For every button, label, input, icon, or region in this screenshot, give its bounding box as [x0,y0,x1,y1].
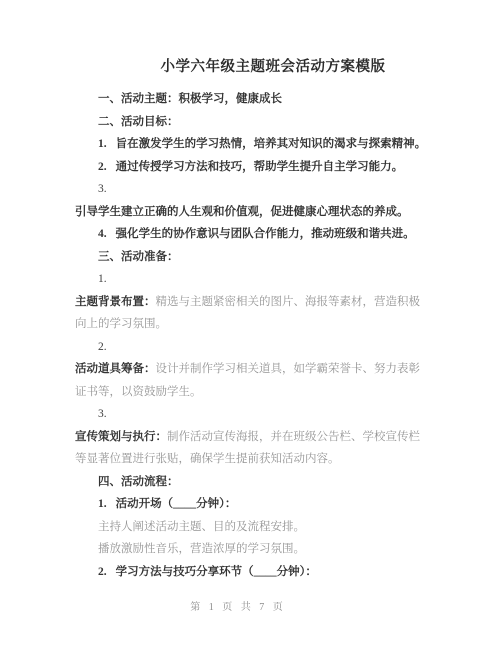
text-line: 证书等，以资鼓励学生。 [75,381,425,404]
text-segment: 宣传策划与执行： [75,431,167,443]
text-segment: 1. [98,138,107,150]
text-segment: 活动开场（____分钟）： [116,498,237,510]
text-segment: 2. [98,161,107,173]
text-line: 1. [75,268,425,291]
text-segment: 三、活动准备： [98,251,179,263]
text-line: 活动道具筹备：设计并制作学习相关道具，如学霸荣誉卡、努力表彰 [75,358,425,381]
text-segment: 3. [98,408,107,420]
text-line: 1.旨在激发学生的学习热情，培养其对知识的渴求与探索精神。 [75,133,425,156]
text-segment: 1. [98,498,107,510]
text-segment: 主持人阐述活动主题、目的及流程安排。 [98,521,305,533]
page-number-footer: 第 1 页 共 7 页 [0,601,488,615]
text-line: 向上的学习氛围。 [75,313,425,336]
text-segment: 强化学生的协作意识与团队合作能力，推动班级和谐共进。 [116,228,415,240]
text-line: 一、活动主题：积极学习，健康成长 [75,88,425,111]
text-segment: 主题背景布置： [75,296,156,308]
text-segment: 精选与主题紧密相关的图片、海报等素材，营造积极 [156,296,421,308]
text-segment: 等显著位置进行张贴，确保学生提前获知活动内容。 [75,453,340,465]
text-line: 二、活动目标： [75,111,425,134]
text-segment: 设计并制作学习相关道具，如学霸荣誉卡、努力表彰 [156,363,421,375]
document-body: 一、活动主题：积极学习，健康成长二、活动目标：1.旨在激发学生的学习热情，培养其… [75,88,425,583]
text-segment: 旨在激发学生的学习热情，培养其对知识的渴求与探索精神。 [116,138,427,150]
text-segment: 2. [98,341,107,353]
text-segment: 四、活动流程： [98,476,179,488]
text-line: 2.学习方法与技巧分享环节（____分钟）： [75,561,425,584]
text-segment: 向上的学习氛围。 [75,318,167,330]
text-segment: 1. [98,273,107,285]
text-segment: 活动道具筹备： [75,363,156,375]
text-line: 4.强化学生的协作意识与团队合作能力，推动班级和谐共进。 [75,223,425,246]
text-segment: 通过传授学习方法和技巧，帮助学生提升自主学习能力。 [116,161,404,173]
text-segment: 证书等，以资鼓励学生。 [75,386,202,398]
document-page: 小学六年级主题班会活动方案模版 一、活动主题：积极学习，健康成长二、活动目标：1… [0,0,500,647]
text-line: 四、活动流程： [75,471,425,494]
text-line: 主持人阐述活动主题、目的及流程安排。 [75,516,425,539]
text-segment: 2. [98,566,107,578]
text-line: 3. [75,178,425,201]
text-line: 引导学生建立正确的人生观和价值观，促进健康心理状态的养成。 [75,201,425,224]
text-line: 主题背景布置：精选与主题紧密相关的图片、海报等素材，营造积极 [75,291,425,314]
document-title: 小学六年级主题班会活动方案模版 [23,0,500,77]
text-segment: 一、活动主题：积极学习，健康成长 [98,93,282,105]
text-segment: 3. [98,183,107,195]
text-line: 三、活动准备： [75,246,425,269]
text-line: 3. [75,403,425,426]
text-line: 宣传策划与执行：制作活动宣传海报，并在班级公告栏、学校宣传栏 [75,426,425,449]
text-line: 2.通过传授学习方法和技巧，帮助学生提升自主学习能力。 [75,156,425,179]
text-segment: 二、活动目标： [98,116,179,128]
text-segment: 学习方法与技巧分享环节（____分钟）： [116,566,317,578]
text-line: 播放激励性音乐，营造浓厚的学习氛围。 [75,538,425,561]
text-line: 1.活动开场（____分钟）： [75,493,425,516]
text-segment: 4. [98,228,107,240]
text-line: 等显著位置进行张贴，确保学生提前获知活动内容。 [75,448,425,471]
text-line: 2. [75,336,425,359]
text-segment: 引导学生建立正确的人生观和价值观，促进健康心理状态的养成。 [75,206,409,218]
text-segment: 制作活动宣传海报，并在班级公告栏、学校宣传栏 [167,431,420,443]
text-segment: 播放激励性音乐，营造浓厚的学习氛围。 [98,543,305,555]
